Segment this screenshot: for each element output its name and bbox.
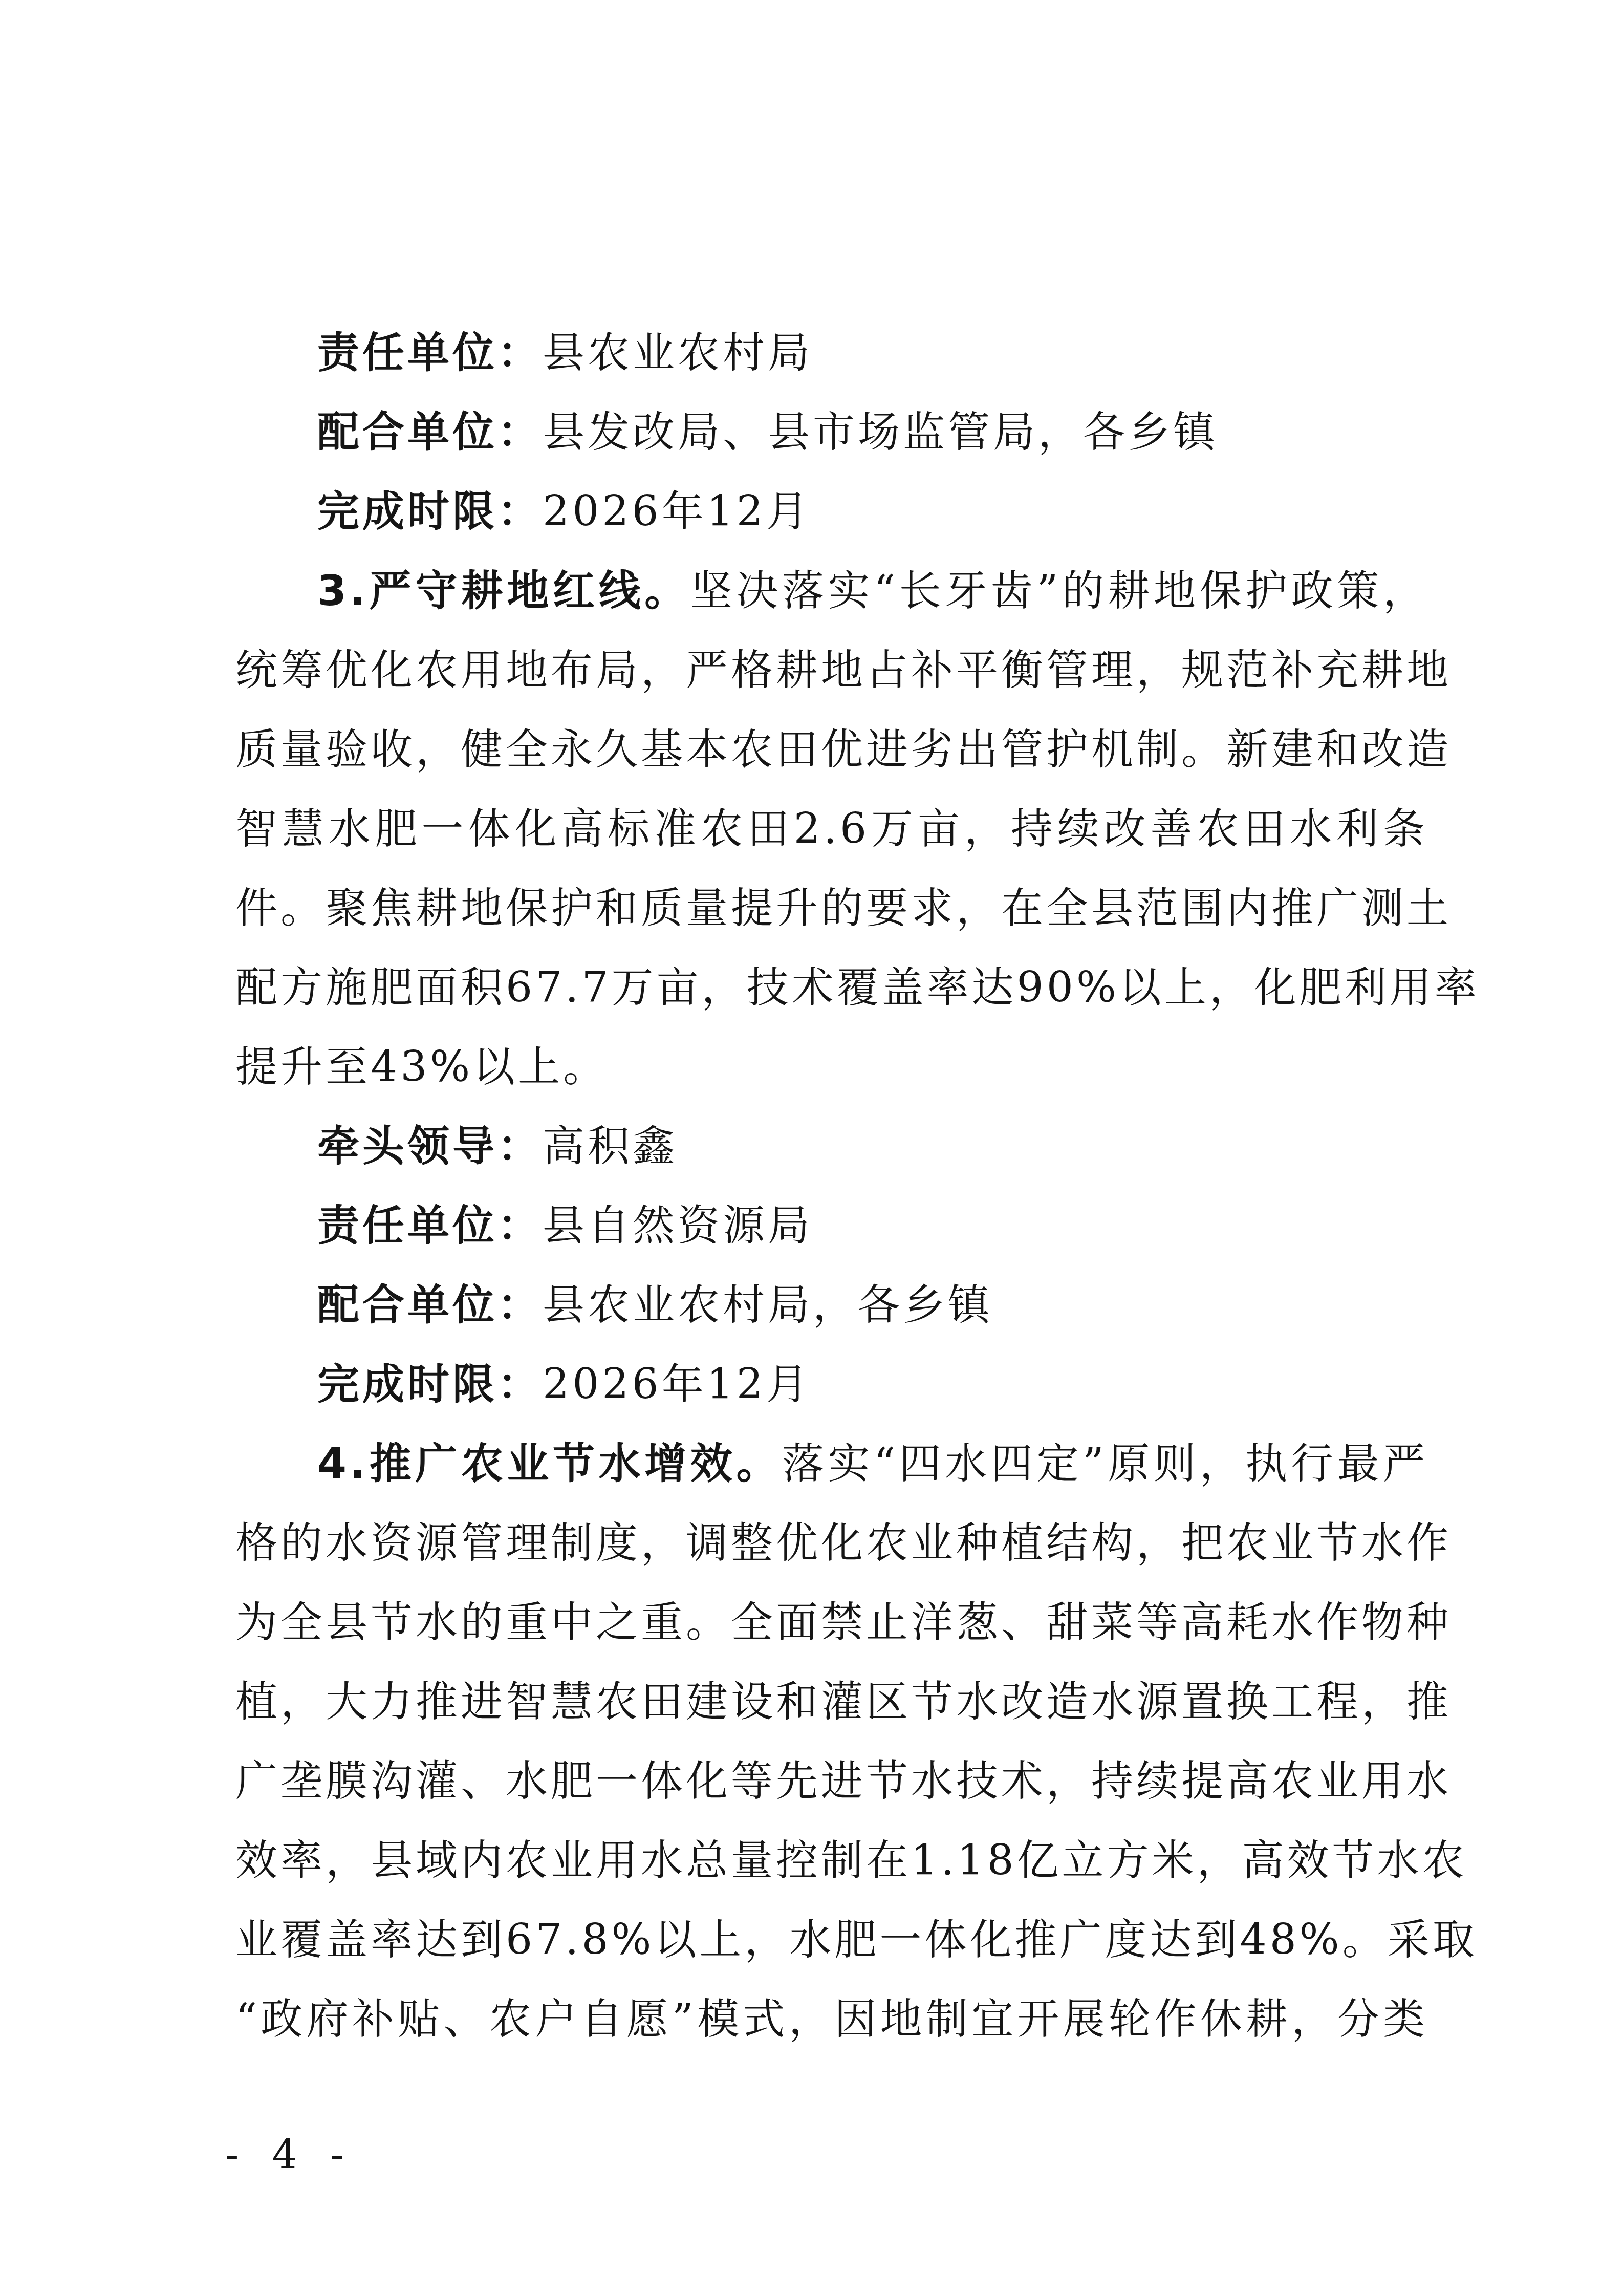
deadline-value: 2026年12月 [543, 487, 811, 536]
cooperating-unit-label: 配合单位： [317, 408, 543, 457]
section4-paragraph-line-4: 植，大力推进智慧农田建设和灌区节水改造水源置换工程，推 [235, 1677, 1428, 1728]
document-page: 责任单位：县农业农村局 配合单位：县发改局、县市场监管局，各乡镇 完成时限：20… [0, 0, 1624, 2296]
deadline-row: 完成时限：2026年12月 [317, 486, 1428, 538]
section3-deadline-row: 完成时限：2026年12月 [317, 1359, 1428, 1410]
section3-paragraph-line-5: 件。聚焦耕地保护和质量提升的要求，在全县范围内推广测土 [235, 883, 1428, 934]
section4-paragraph-line-3: 为全县节水的重中之重。全面禁止洋葱、甜菜等高耗水作物种 [235, 1597, 1428, 1648]
section3-paragraph-line-1: 3.严守耕地红线。坚决落实“长牙齿”的耕地保护政策， [317, 566, 1428, 617]
section3-paragraph-line-6: 配方施肥面积67.7万亩，技术覆盖率达90%以上，化肥利用率 [235, 962, 1428, 1014]
responsible-unit-row: 责任单位：县农业农村局 [317, 328, 1428, 379]
responsible-unit-value: 县农业农村局 [543, 329, 813, 377]
cooperating-unit-value: 县发改局、县市场监管局，各乡镇 [543, 408, 1218, 457]
cooperating-unit-row: 配合单位：县发改局、县市场监管局，各乡镇 [317, 407, 1428, 458]
section3-responsible-label: 责任单位： [317, 1201, 543, 1250]
lead-leader-value: 高积鑫 [543, 1122, 678, 1171]
section4-paragraph-line-6: 效率，县域内农业用水总量控制在1.18亿立方米，高效节水农 [235, 1835, 1428, 1886]
section3-deadline-value: 2026年12月 [543, 1360, 811, 1409]
section3-cooperating-label: 配合单位： [317, 1281, 543, 1329]
deadline-label: 完成时限： [317, 487, 543, 536]
section3-responsible-row: 责任单位：县自然资源局 [317, 1200, 1428, 1252]
lead-leader-row: 牵头领导：高积鑫 [317, 1121, 1428, 1172]
page-number: - 4 - [225, 2130, 354, 2181]
responsible-unit-label: 责任单位： [317, 329, 543, 377]
section4-paragraph-line-5: 广垄膜沟灌、水肥一体化等先进节水技术，持续提高农业用水 [235, 1756, 1428, 1807]
section4-text: 落实“四水四定”原则，执行最严 [782, 1440, 1428, 1488]
section3-responsible-value: 县自然资源局 [543, 1201, 813, 1250]
section3-heading: 3.严守耕地红线。 [317, 567, 690, 615]
section3-paragraph-line-7: 提升至43%以上。 [235, 1042, 1428, 1093]
section4-paragraph-line-2: 格的水资源管理制度，调整优化农业种植结构，把农业节水作 [235, 1518, 1428, 1569]
section4-paragraph-line-7: 业覆盖率达到67.8%以上，水肥一体化推广度达到48%。采取 [235, 1915, 1428, 1966]
section3-cooperating-value: 县农业农村局，各乡镇 [543, 1281, 993, 1329]
section3-paragraph-line-2: 统筹优化农用地布局，严格耕地占补平衡管理，规范补充耕地 [235, 645, 1428, 696]
section4-paragraph-line-1: 4.推广农业节水增效。落实“四水四定”原则，执行最严 [317, 1439, 1428, 1490]
section3-paragraph-line-4: 智慧水肥一体化高标准农田2.6万亩，持续改善农田水利条 [235, 804, 1428, 855]
lead-leader-label: 牵头领导： [317, 1122, 543, 1171]
section4-heading: 4.推广农业节水增效。 [317, 1440, 782, 1488]
section3-deadline-label: 完成时限： [317, 1360, 543, 1409]
section4-paragraph-line-8: “政府补贴、农户自愿”模式，因地制宜开展轮作休耕，分类 [235, 1994, 1428, 2045]
section3-cooperating-row: 配合单位：县农业农村局，各乡镇 [317, 1280, 1428, 1331]
section3-paragraph-line-3: 质量验收，健全永久基本农田优进劣出管护机制。新建和改造 [235, 724, 1428, 776]
section3-text: 坚决落实“长牙齿”的耕地保护政策， [690, 567, 1428, 615]
